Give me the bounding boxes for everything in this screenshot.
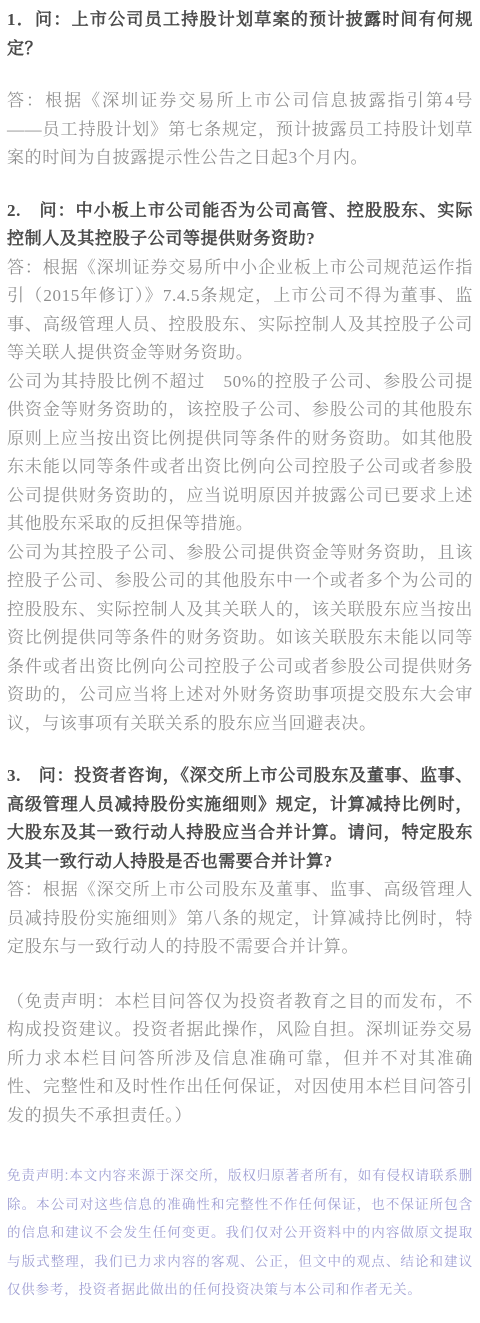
question-1: 1．问：上市公司员工持股计划草案的预计披露时间有何规定？ xyxy=(7,6,473,63)
answer-3: 答：根据《深交所上市公司股东及董事、监事、高级管理人员减持股份实施细则》第八条的… xyxy=(7,876,473,962)
answer-2-para-3: 公司为其控股子公司、参股公司提供资金等财务资助，且该控股子公司、参股公司的其他股… xyxy=(7,539,473,739)
footer-disclaimer: 免责声明:本文内容来源于深交所，版权归原著者所有，如有侵权请联系删除。本公司对这… xyxy=(7,1162,473,1305)
qa-section-1: 1．问：上市公司员工持股计划草案的预计披露时间有何规定？ 答：根据《深圳证券交易… xyxy=(7,6,473,173)
question-3: 3. 问：投资者咨询，《深交所上市公司股东及董事、监事、高级管理人员减持股份实施… xyxy=(7,762,473,876)
qa-document: 1．问：上市公司员工持股计划草案的预计披露时间有何规定？ 答：根据《深圳证券交易… xyxy=(0,0,480,1323)
question-2: 2. 问：中小板上市公司能否为公司高管、控股股东、实际控制人及其控股子公司等提供… xyxy=(7,197,473,254)
editor-disclaimer-note: （免责声明：本栏目问答仅为投资者教育之目的而发布，不构成投资建议。投资者据此操作… xyxy=(7,988,473,1131)
answer-2-para-2: 公司为其持股比例不超过 50%的控股子公司、参股公司提供资金等财务资助的，该控股… xyxy=(7,368,473,539)
qa-section-2: 2. 问：中小板上市公司能否为公司高管、控股股东、实际控制人及其控股子公司等提供… xyxy=(7,197,473,739)
qa-section-3: 3. 问：投资者咨询，《深交所上市公司股东及董事、监事、高级管理人员减持股份实施… xyxy=(7,762,473,962)
answer-1: 答：根据《深圳证券交易所上市公司信息披露指引第4号——员工持股计划》第七条规定，… xyxy=(7,87,473,173)
answer-2-para-1: 答：根据《深圳证券交易所中小企业板上市公司规范运作指引（2015年修订）》7.4… xyxy=(7,254,473,368)
